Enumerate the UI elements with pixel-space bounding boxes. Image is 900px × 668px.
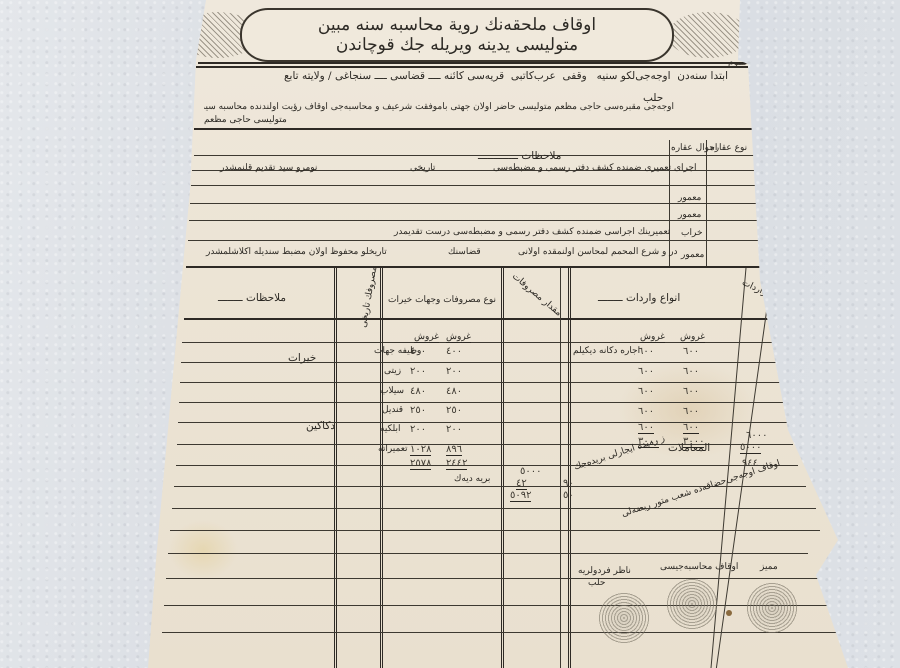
revenue-final-value: ٥٠٠٠ xyxy=(740,442,761,454)
column-rule xyxy=(380,268,383,668)
upper-row-4-note: تعميرينك اجراسى ضمنده كشف دفتر رسمى و مض… xyxy=(394,227,670,237)
expense-row-2-a: ٢٠٠ xyxy=(410,366,426,377)
rule xyxy=(172,508,816,509)
note-shops: دكاكين xyxy=(306,420,335,432)
upper-row-1-note: اجراى تعميرى ضمنده كشف دفتر رسمى و مضبطه… xyxy=(493,163,697,173)
header-expense-types: نوع مصروفات وجهات خيرات xyxy=(388,295,496,305)
rule xyxy=(184,318,772,320)
revenue-row-4-b: ٦٠٠ xyxy=(683,406,699,417)
intro-field: قريه‌سى كائنه xyxy=(444,70,504,82)
intro-field: عرب‌كاتبى xyxy=(511,70,556,82)
rule xyxy=(190,203,758,204)
expense-currency-1: غروش xyxy=(446,332,471,343)
rule xyxy=(170,530,820,531)
revenue-row-2-b: ٦٠٠ xyxy=(683,366,699,377)
expense-row-6-b: ٨٩٦ xyxy=(446,444,462,456)
upper-row-1-number: نومرو سيد تقديم قلنمشدر xyxy=(220,163,317,173)
expense-row-4-label: قنديل xyxy=(382,405,403,415)
punch-hole xyxy=(726,610,732,616)
balance-note: اوقاف اوجه‌جى‌حضاقه‌ده شعب متور ريضه‌لى xyxy=(621,459,782,520)
signature-label-2: اوقاف محاسبه‌جيسى xyxy=(660,562,738,572)
header-lower-notes: ملاحظات ــــــــ xyxy=(218,292,286,304)
expense-row-1-a: ٤٠٠ xyxy=(410,346,426,357)
rule xyxy=(176,465,798,466)
rule xyxy=(180,382,780,383)
note-charities: خيرات xyxy=(288,352,316,364)
rule xyxy=(196,66,748,68)
expense-row-5-b: ٢٠٠ xyxy=(446,424,462,435)
revenue-row-1-label: اجاره دكانه ديكيلم xyxy=(573,346,640,356)
header-expense-amount: مقدار مصروفات xyxy=(510,271,563,318)
column-rule xyxy=(706,140,707,266)
header-notes: ملاحظات ـــــــــــــ xyxy=(478,150,561,162)
revenue-row-3-b: ٦٠٠ xyxy=(683,386,699,397)
intro-field: ولايته تابع xyxy=(284,70,325,82)
balance-side-2: ٥٠ xyxy=(563,490,574,501)
column-rule xyxy=(560,268,561,668)
intro-field: سنجاغى xyxy=(335,70,371,82)
rule xyxy=(181,362,777,363)
intro-fields-line: ابتدا سنه‌دن اوجه‌جى‌لكو سنيه وقفى عرب‌ك… xyxy=(284,70,728,82)
revenue-row-1-a: ٦٠٠ xyxy=(638,346,654,357)
upper-row-5-note: در و شرع المحمم لمحاسن اولنمقده اولانى xyxy=(518,247,678,257)
expense-row-3-b: ٤٨٠ xyxy=(446,386,462,397)
rule xyxy=(198,62,746,64)
intro-line-2: اوجه‌جى مقبره‌سى حاجى مظعم متوليسى حاضر … xyxy=(204,102,674,112)
rule xyxy=(189,220,759,221)
header-revenue-types: انواع واردات ــــــــ xyxy=(598,292,680,304)
revenue-row-1-b: ٦٠٠ xyxy=(683,346,699,357)
stain xyxy=(168,520,238,580)
intro-field: وقفى xyxy=(563,70,587,82)
upper-row-4-condition: خراب xyxy=(681,228,703,238)
balance-label: بريه ديه‌ك xyxy=(454,474,490,484)
upper-row-3-condition: معمور xyxy=(678,210,701,220)
balance-value-1: ٤٢ xyxy=(516,478,527,490)
rule xyxy=(162,632,842,633)
title-line-1: اوقاف ملحقه‌نك روية محاسبه سنه مبين xyxy=(318,15,596,35)
revenue-row-5-b: ٦٠٠ xyxy=(683,422,699,434)
balance-value-top: ٥٠٠٠ xyxy=(520,466,541,477)
expense-row-6-a: ١٠٢٨ xyxy=(410,444,431,456)
revenue-row-4-a: ٦٠٠ xyxy=(638,406,654,417)
signature-sub-1: حلب xyxy=(588,578,605,588)
document-paper: اوقاف ملحقه‌نك روية محاسبه سنه مبين متول… xyxy=(148,0,848,668)
rule xyxy=(186,266,762,268)
upper-row-5-district: قضاسنك xyxy=(448,247,481,257)
expense-row-6-label: تعميراته xyxy=(378,444,408,454)
expense-row-3-a: ٤٨٠ xyxy=(410,386,426,397)
expense-row-5-label: ابلكيه xyxy=(380,424,401,434)
rule xyxy=(166,578,826,579)
rule xyxy=(164,605,834,606)
intro-field: قضاسى xyxy=(390,70,425,82)
document-title-cartouche: اوقاف ملحقه‌نك روية محاسبه سنه مبين متول… xyxy=(240,8,674,62)
header-notes-text: ملاحظات xyxy=(521,150,561,162)
upper-row-1-date: تاريخى xyxy=(410,163,435,173)
column-rule xyxy=(334,268,337,668)
balance-value-2: ٥٠٩٢ xyxy=(510,490,531,502)
rule xyxy=(194,128,754,130)
expense-row-2-b: ٢٠٠ xyxy=(446,366,462,377)
ornament-right xyxy=(668,12,748,58)
expense-row-2-label: زيتى xyxy=(384,366,401,376)
rule xyxy=(194,155,754,156)
upper-row-5-record: تاريخلو محفوظ اولان مضبط سنديله اكلاشلمش… xyxy=(206,247,387,257)
expense-row-4-b: ٢٥٠ xyxy=(446,405,462,416)
revenue-row-5-a: ٦٠٠ xyxy=(638,422,654,434)
revenue-final-label: المعاملات xyxy=(668,442,710,454)
signature-label-1: ناظر فردولريه xyxy=(578,566,631,576)
expense-currency-2: غروش xyxy=(414,332,439,343)
revenue-currency-1: غروش xyxy=(680,332,705,343)
header-revenue-types-text: انواع واردات xyxy=(626,292,680,304)
expense-row-1-b: ٤٠٠ xyxy=(446,346,462,357)
seal-stamp-2 xyxy=(666,578,718,630)
header-property-condition: احوال عقاره xyxy=(671,143,717,153)
expense-total-b: ٢٤٤٢ xyxy=(446,458,467,470)
rule xyxy=(188,240,761,241)
expense-row-3-label: سيلاب xyxy=(380,386,404,396)
intro-field: ابتدا سنه‌دن xyxy=(677,70,728,82)
column-rule xyxy=(568,268,571,668)
rule xyxy=(179,402,783,403)
revenue-currency-2: غروش xyxy=(640,332,665,343)
header-lower-notes-text: ملاحظات xyxy=(246,292,286,304)
rule xyxy=(191,185,757,186)
seal-stamp-1 xyxy=(598,592,650,644)
intro-line-3: متوليسى حاجى مظعم xyxy=(204,115,287,125)
column-rule xyxy=(501,268,504,668)
intro-field: اوجه‌جى‌لكو سنيه xyxy=(597,70,671,82)
revenue-row-3-a: ٦٠٠ xyxy=(638,386,654,397)
title-line-2: متوليسى يدينه ويريله جك قوچاندن xyxy=(336,35,578,55)
balance-side-1: ٩٠ xyxy=(563,478,574,489)
rule xyxy=(168,553,808,554)
signature-label-3: مميز xyxy=(760,562,778,572)
expense-total-a: ٢٥٧٨ xyxy=(410,458,431,470)
revenue-side-total: ٦٠٠٠ xyxy=(746,430,767,441)
expense-row-5-a: ٢٠٠ xyxy=(410,424,426,435)
upper-row-2-condition: معمور xyxy=(678,193,701,203)
revenue-row-2-a: ٦٠٠ xyxy=(638,366,654,377)
upper-row-5-condition: معمور xyxy=(681,250,704,260)
expense-row-4-a: ٢٥٠ xyxy=(410,405,426,416)
seal-stamp-3 xyxy=(746,582,798,634)
